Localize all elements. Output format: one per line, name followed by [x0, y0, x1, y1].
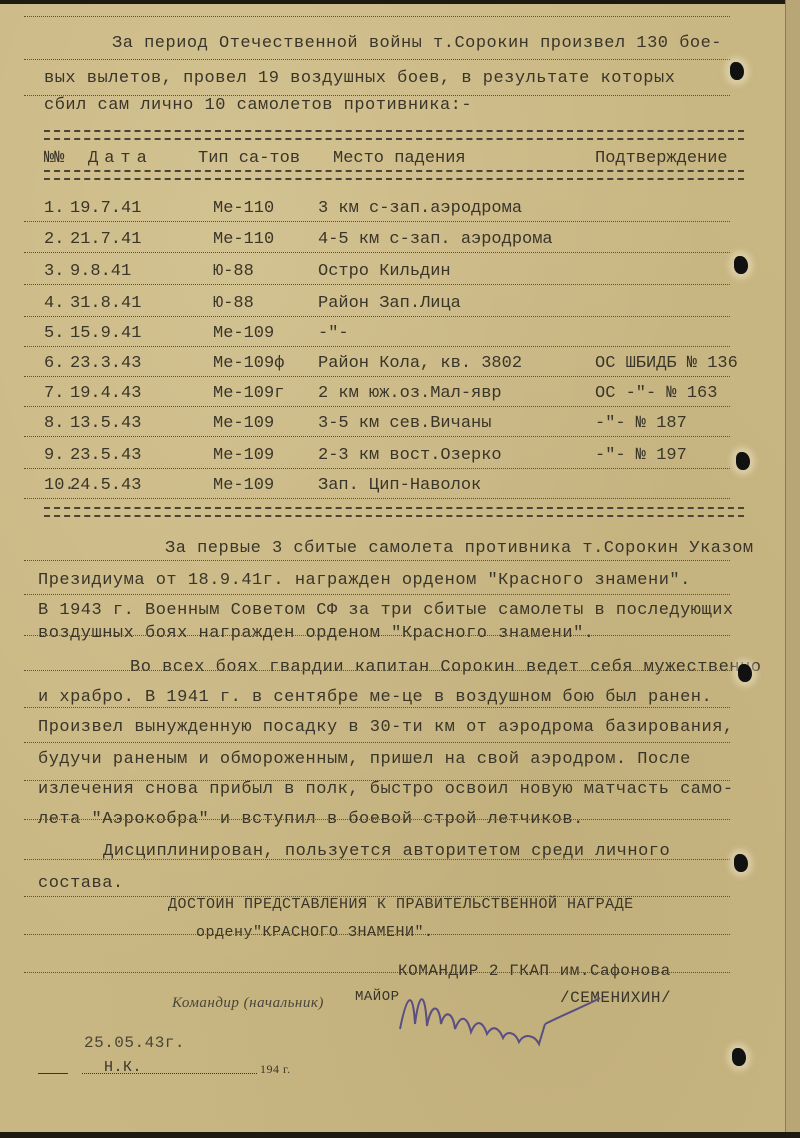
cell-type: Ме-109	[213, 414, 274, 433]
date-line-day	[38, 1073, 68, 1074]
punch-hole	[734, 256, 748, 274]
commander-unit: КОМАНДИР 2 ГКАП им.Сафонова	[398, 962, 671, 980]
cell-type: Ме-110	[213, 230, 274, 249]
cell-date: 21.7.41	[70, 230, 141, 249]
ruled-line	[24, 376, 730, 377]
col-header-number: №№	[44, 149, 64, 168]
cell-place: -"-	[318, 324, 349, 343]
cell-place: 2 км юж.оз.Мал-явр	[318, 384, 502, 403]
cell-n: 3.	[44, 262, 64, 281]
cell-type: Ме-109	[213, 324, 274, 343]
cell-type: Ме-109ф	[213, 354, 284, 373]
ruled-line	[24, 316, 730, 317]
scan-bottom-edge	[0, 1132, 800, 1138]
awards-line-3: В 1943 г. Военным Советом СФ за три сбит…	[38, 601, 734, 620]
ruled-line	[24, 284, 730, 285]
cell-date: 19.4.43	[70, 384, 141, 403]
ruled-line	[24, 59, 730, 60]
cell-confirm: ОС -"- № 163	[595, 384, 717, 403]
cell-n: 6.	[44, 354, 64, 373]
cell-place: 4-5 км с-зап. аэродрома	[318, 230, 553, 249]
ruled-line	[24, 707, 730, 708]
cell-type: Ме-110	[213, 199, 274, 218]
discipline-line-2: состава.	[38, 874, 124, 893]
cell-date: 23.3.43	[70, 354, 141, 373]
cell-place: 3 км с-зап.аэродрома	[318, 199, 522, 218]
ruled-line	[24, 252, 730, 253]
awards-line-2: Президиума от 18.9.41г. награжден ордено…	[38, 571, 691, 590]
cell-n: 2.	[44, 230, 64, 249]
cell-type: Ю-88	[213, 262, 254, 281]
cell-confirm: ОС ШБИДБ № 136	[595, 354, 738, 373]
cell-place: Зап. Цип-Наволок	[318, 476, 481, 495]
cell-date: 9.8.41	[70, 262, 131, 281]
binding-strip	[785, 0, 800, 1138]
ruled-line	[24, 16, 730, 17]
double-rule	[44, 130, 744, 140]
conclusion-line-1: ДОСТОИН ПРЕДСТАВЛЕНИЯ К ПРАВИТЕЛЬСТВЕННО…	[168, 896, 634, 913]
punch-hole	[730, 62, 744, 80]
cell-n: 1.	[44, 199, 64, 218]
ruled-line	[24, 742, 730, 743]
col-header-date: Дата	[88, 149, 153, 168]
cell-type: Ю-88	[213, 294, 254, 313]
document-date: 25.05.43г.	[84, 1034, 185, 1052]
year-suffix: 194 г.	[260, 1062, 291, 1077]
cell-date: 24.5.43	[70, 476, 141, 495]
cell-place: Район Зап.Лица	[318, 294, 461, 313]
ruled-line	[24, 560, 730, 561]
col-header-confirmation: Подтверждение	[595, 149, 728, 168]
ruled-line	[24, 670, 730, 671]
ruled-line	[24, 859, 730, 860]
ruled-line	[24, 406, 730, 407]
cell-date: 31.8.41	[70, 294, 141, 313]
cell-n: 9.	[44, 446, 64, 465]
ruled-line	[24, 594, 730, 595]
punch-hole	[738, 664, 752, 682]
cell-n: 7.	[44, 384, 64, 403]
punch-hole	[732, 1048, 746, 1066]
ruled-line	[24, 934, 730, 935]
double-rule	[44, 170, 744, 180]
cell-place: 3-5 км сев.Вичаны	[318, 414, 491, 433]
cell-place: Остро Кильдин	[318, 262, 451, 281]
col-header-type: Тип са-тов	[198, 149, 300, 168]
ruled-line	[24, 346, 730, 347]
character-line-5: излечения снова прибыл в полк, быстро ос…	[38, 780, 734, 799]
cell-date: 23.5.43	[70, 446, 141, 465]
signatory-rank: МАЙОР	[355, 989, 400, 1005]
col-header-place: Место падения	[333, 149, 466, 168]
intro-line-3: сбил сам лично 10 самолетов противника:-	[44, 96, 472, 115]
awards-line-4: воздушных боях награжден орденом "Красно…	[38, 624, 595, 643]
character-line-3: Произвел вынужденную посадку в 30-ти км …	[38, 718, 734, 737]
conclusion-line-2: ордену"КРАСНОГО ЗНАМЕНИ".	[196, 924, 434, 941]
cell-date: 15.9.41	[70, 324, 141, 343]
ruled-line	[24, 221, 730, 222]
punch-hole	[736, 452, 750, 470]
ruled-line	[24, 819, 730, 820]
character-line-2: и храбро. В 1941 г. в сентябре ме-це в в…	[38, 688, 712, 707]
intro-line-1: За период Отечественной войны т.Сорокин …	[112, 34, 722, 53]
punch-hole	[734, 854, 748, 872]
cell-type: Ме-109	[213, 476, 274, 495]
cell-type: Ме-109	[213, 446, 274, 465]
cell-date: 13.5.43	[70, 414, 141, 433]
double-rule	[44, 507, 744, 517]
cell-confirm: -"- № 187	[595, 414, 687, 433]
handwritten-signature	[395, 984, 615, 1054]
ruled-line	[24, 635, 730, 636]
cell-date: 19.7.41	[70, 199, 141, 218]
cell-n: 4.	[44, 294, 64, 313]
character-line-4: будучи раненым и обмороженным, пришел на…	[38, 750, 691, 769]
cell-n: 8.	[44, 414, 64, 433]
cell-type: Ме-109г	[213, 384, 284, 403]
intro-line-2: вых вылетов, провел 19 воздушных боев, в…	[44, 69, 675, 88]
cell-place: Район Кола, кв. 3802	[318, 354, 522, 373]
awards-line-1: За первые 3 сбитые самолета противника т…	[165, 539, 754, 558]
ruled-line	[24, 436, 730, 437]
ruled-line	[24, 468, 730, 469]
cell-n: 5.	[44, 324, 64, 343]
document-page: За период Отечественной войны т.Сорокин …	[0, 4, 785, 1132]
signatory-label: Командир (начальник)	[172, 995, 324, 1012]
date-line-initials: Н.К.	[104, 1059, 142, 1076]
ruled-line	[24, 498, 730, 499]
cell-confirm: -"- № 197	[595, 446, 687, 465]
cell-place: 2-3 км вост.Озерко	[318, 446, 502, 465]
character-line-1: Во всех боях гвардии капитан Сорокин вед…	[130, 658, 761, 677]
